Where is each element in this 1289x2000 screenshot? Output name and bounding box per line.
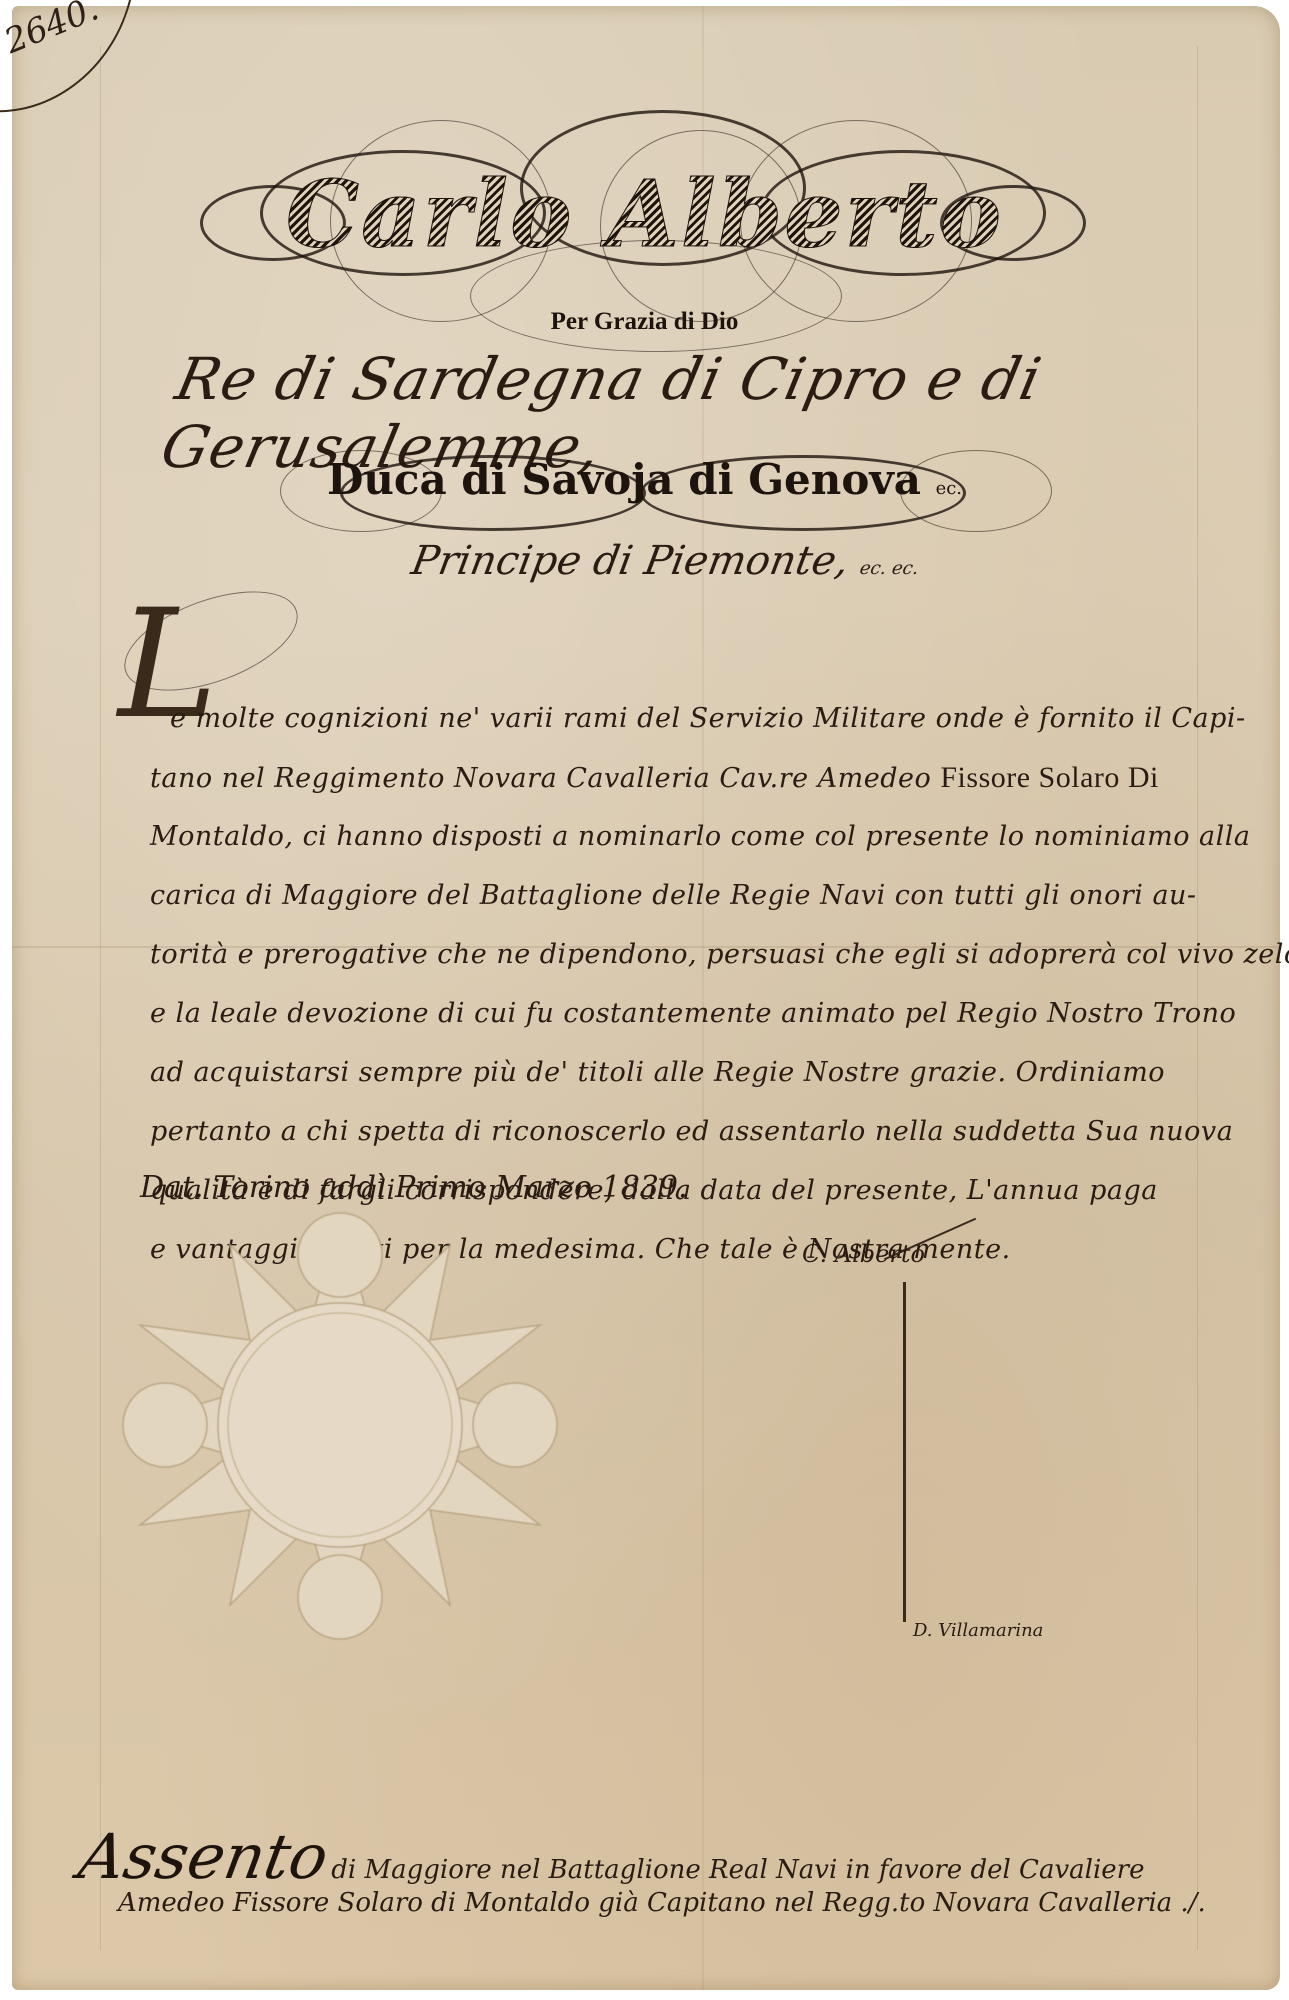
- body-line: pertanto a chi spetta di riconoscerlo ed…: [150, 1103, 1190, 1162]
- docket-line-1-text: di Maggiore nel Battaglione Real Navi in…: [331, 1855, 1144, 1885]
- date-place-line: Dat. Torino addì Primo Marzo 1839.: [140, 1170, 688, 1205]
- appointee-name: Fissore Solaro Di: [940, 761, 1159, 794]
- by-grace-of-god: Per Grazia di Dio: [0, 308, 1289, 336]
- body-line: ad acquistarsi sempre più de' titoli all…: [150, 1044, 1190, 1103]
- embossed-seal: [120, 1205, 560, 1645]
- body-line: e la leale devozione di cui fu costantem…: [150, 985, 1190, 1044]
- title-prince-suffix: ec. ec.: [858, 558, 920, 579]
- title-duke-text: Duca di Savoja di Genova: [327, 455, 921, 504]
- countersignature: D. Villamarina: [913, 1620, 1043, 1641]
- seal-star-icon: [120, 1205, 560, 1645]
- body-line: carica di Maggiore del Battaglione delle…: [150, 867, 1190, 926]
- title-prince-of-piedmont: Principe di Piemonte, ec. ec.: [408, 538, 924, 584]
- signature-rule: [903, 1282, 906, 1622]
- title-duke-suffix: ec.: [936, 478, 962, 499]
- sovereign-name-title: Carlo Alberto: [0, 160, 1289, 268]
- docket-line-2: Amedeo Fissore Solaro di Montaldo già Ca…: [118, 1888, 1206, 1918]
- title-duke-of-savoy: Duca di Savoja di Genova ec.: [0, 455, 1289, 504]
- body-line-text: tano nel Reggimento Novara Cavalleria Ca…: [150, 763, 931, 794]
- body-line: Montaldo, ci hanno disposti a nominarlo …: [150, 808, 1190, 867]
- body-line: e molte cognizioni ne' varii rami del Se…: [150, 690, 1190, 749]
- body-line: tano nel Reggimento Novara Cavalleria Ca…: [150, 749, 1190, 808]
- title-prince-text: Principe di Piemonte,: [408, 538, 853, 584]
- docket-line-1: Assento di Maggiore nel Battaglione Real…: [80, 1820, 1230, 1893]
- king-signature: C. Alberto: [802, 1240, 925, 1268]
- docket-lead-word: Assento: [74, 1820, 334, 1893]
- body-line: torità e prerogative che ne dipendono, p…: [150, 926, 1190, 985]
